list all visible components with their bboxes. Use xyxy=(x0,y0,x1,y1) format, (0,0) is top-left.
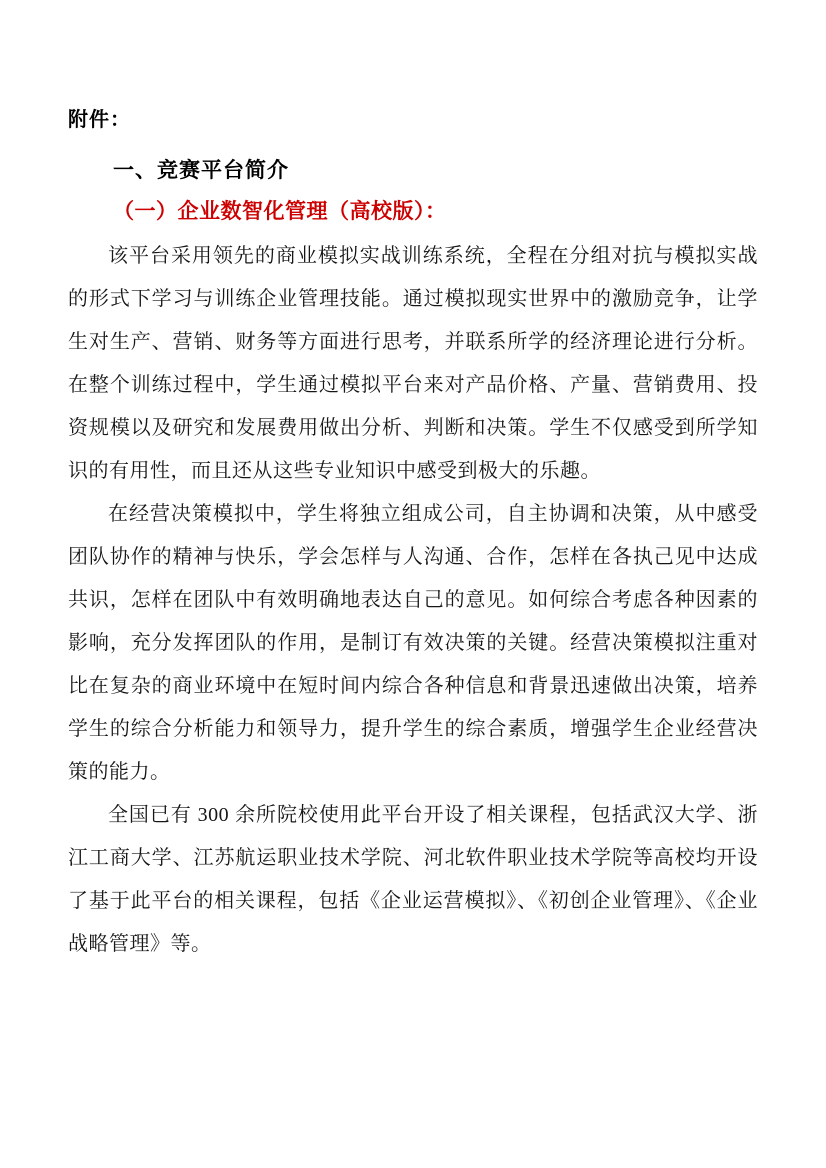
sub-heading: （一）企业数智化管理（高校版）： xyxy=(113,197,758,227)
attachment-label: 附件： xyxy=(68,106,758,134)
paragraph-decision-simulation: 在经营决策模拟中，学生将独立组成公司，自主协调和决策，从中感受团队协作的精神与快… xyxy=(68,493,758,794)
paragraph-adoption-schools: 全国已有 300 余所院校使用此平台开设了相关课程，包括武汉大学、浙江工商大学、… xyxy=(68,794,758,966)
paragraph-platform-intro: 该平台采用领先的商业模拟实战训练系统，全程在分组对抗与模拟实战的形式下学习与训练… xyxy=(68,235,758,493)
body-text: 该平台采用领先的商业模拟实战训练系统，全程在分组对抗与模拟实战的形式下学习与训练… xyxy=(68,235,758,966)
document-page: 附件： 一、竞赛平台简介 （一）企业数智化管理（高校版）： 该平台采用领先的商业… xyxy=(0,0,826,1168)
section-heading: 一、竞赛平台简介 xyxy=(113,156,758,185)
